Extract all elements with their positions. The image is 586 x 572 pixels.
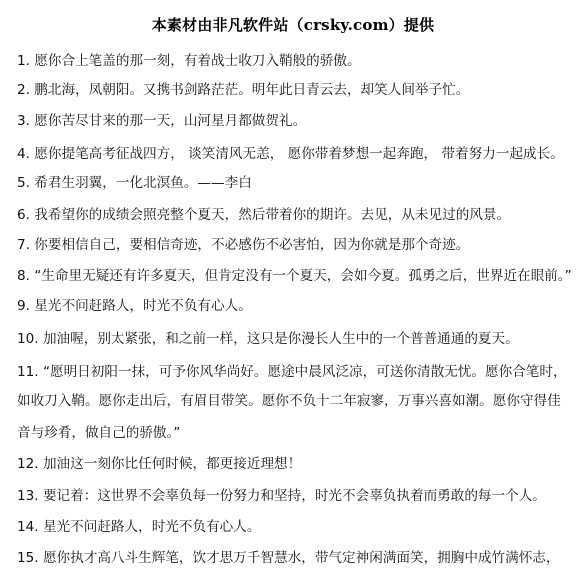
list-item: 14. 星光不问赶路人，时光不负有心人。 xyxy=(17,517,260,537)
list-item: 7. 你要相信自己，要相信奇迹，不必感伤不必害怕，因为你就是那个奇迹。 xyxy=(17,235,469,255)
list-item: 10. 加油喔，别太紧张，和之前一样，这只是你漫长人生中的一个普普通通的夏天。 xyxy=(17,329,519,349)
list-item: 3. 愿你苦尽甘来的那一天，山河星月都做贺礼。 xyxy=(17,111,306,131)
list-item: 11. “愿明日初阳一抹，可予你风华尚好。愿途中晨风泛凉，可送你清散无忧。愿你合… xyxy=(17,362,567,382)
list-item-continuation: 音与珍肴，做自己的骄傲。” xyxy=(17,423,180,443)
list-item: 2. 鹏北海，凤朝阳。又携书剑路茫茫。明年此日青云去，却笑人间举子忙。 xyxy=(17,80,469,100)
list-item: 1. 愿你合上笔盖的那一刻，有着战士收刀入鞘般的骄傲。 xyxy=(17,51,361,71)
list-item: 12. 加油这一刻你比任何时候，都更接近理想！ xyxy=(17,454,301,474)
list-item: 4. 愿你提笔高考征战四方， 谈笑清风无恙， 愿你带着梦想一起奔跑， 带着努力一… xyxy=(17,144,564,164)
list-item: 13. 要记着：这世界不会辜负每一份努力和坚持，时光不会辜负执着而勇敢的每一个人… xyxy=(17,486,546,506)
list-item: 6. 我希望你的成绩会照亮整个夏天，然后带着你的期许。去见，从未见过的风景。 xyxy=(17,205,510,225)
list-item: 15. 愿你执才高八斗生辉笔，饮才思万千智慧水，带气定神闲满面笑，拥胸中成竹满怀… xyxy=(17,548,560,568)
document-title: 本素材由非凡软件站（crsky.com）提供 xyxy=(0,14,586,36)
list-item-continuation: 如收刀入鞘。愿你走出后，有眉目带笑。愿你不负十二年寂寥，万事兴喜如潮。愿你守得佳 xyxy=(17,391,561,411)
list-item: 5. 希君生羽翼，一化北溟鱼。——李白 xyxy=(17,173,252,193)
list-item: 9. 星光不问赶路人，时光不负有心人。 xyxy=(17,296,252,316)
list-item: 8. “生命里无疑还有许多夏天，但肯定没有一个夏天，会如今夏。孤勇之后，世界近在… xyxy=(17,266,572,286)
